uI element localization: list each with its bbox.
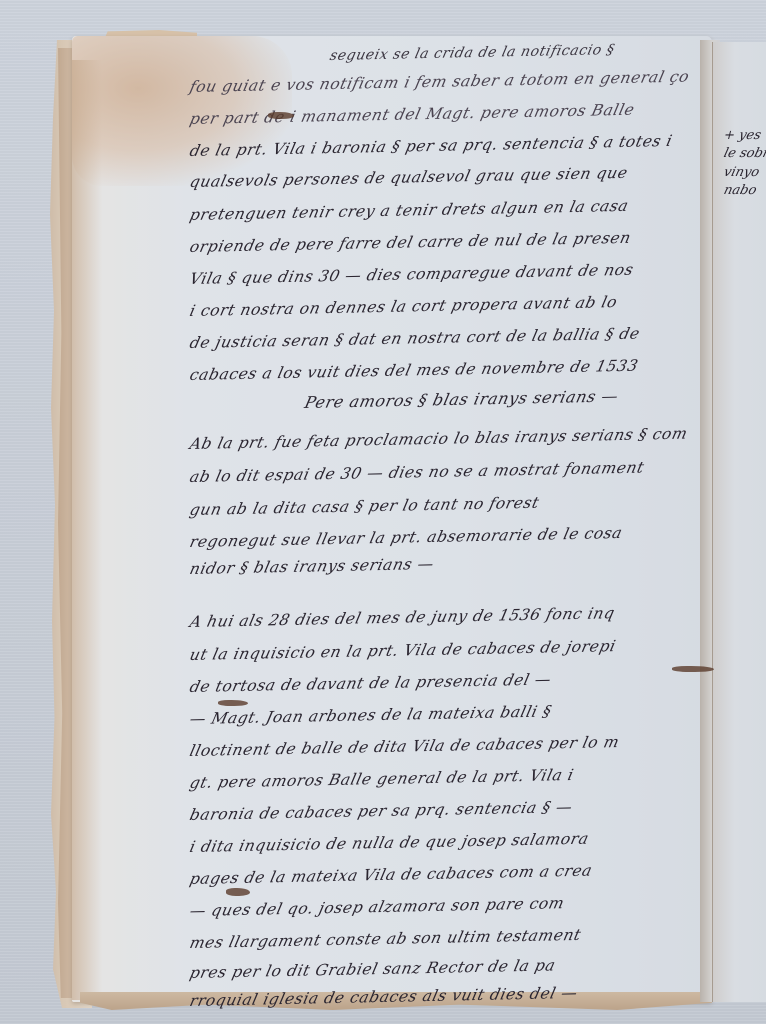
strikethrough-blot: [268, 112, 294, 119]
facing-line: nabo: [722, 183, 758, 198]
ink-blot: [226, 888, 250, 896]
manuscript-photo: + yes le sobre vinyo nabo segueix se la …: [0, 0, 766, 1024]
facing-line: vinyo: [722, 165, 761, 180]
edge-stain: [72, 60, 102, 1000]
facing-line: le sobre: [722, 146, 766, 161]
strikethrough-blot: [672, 666, 714, 672]
strikethrough-blot: [218, 700, 248, 706]
facing-line: + yes: [722, 128, 762, 143]
